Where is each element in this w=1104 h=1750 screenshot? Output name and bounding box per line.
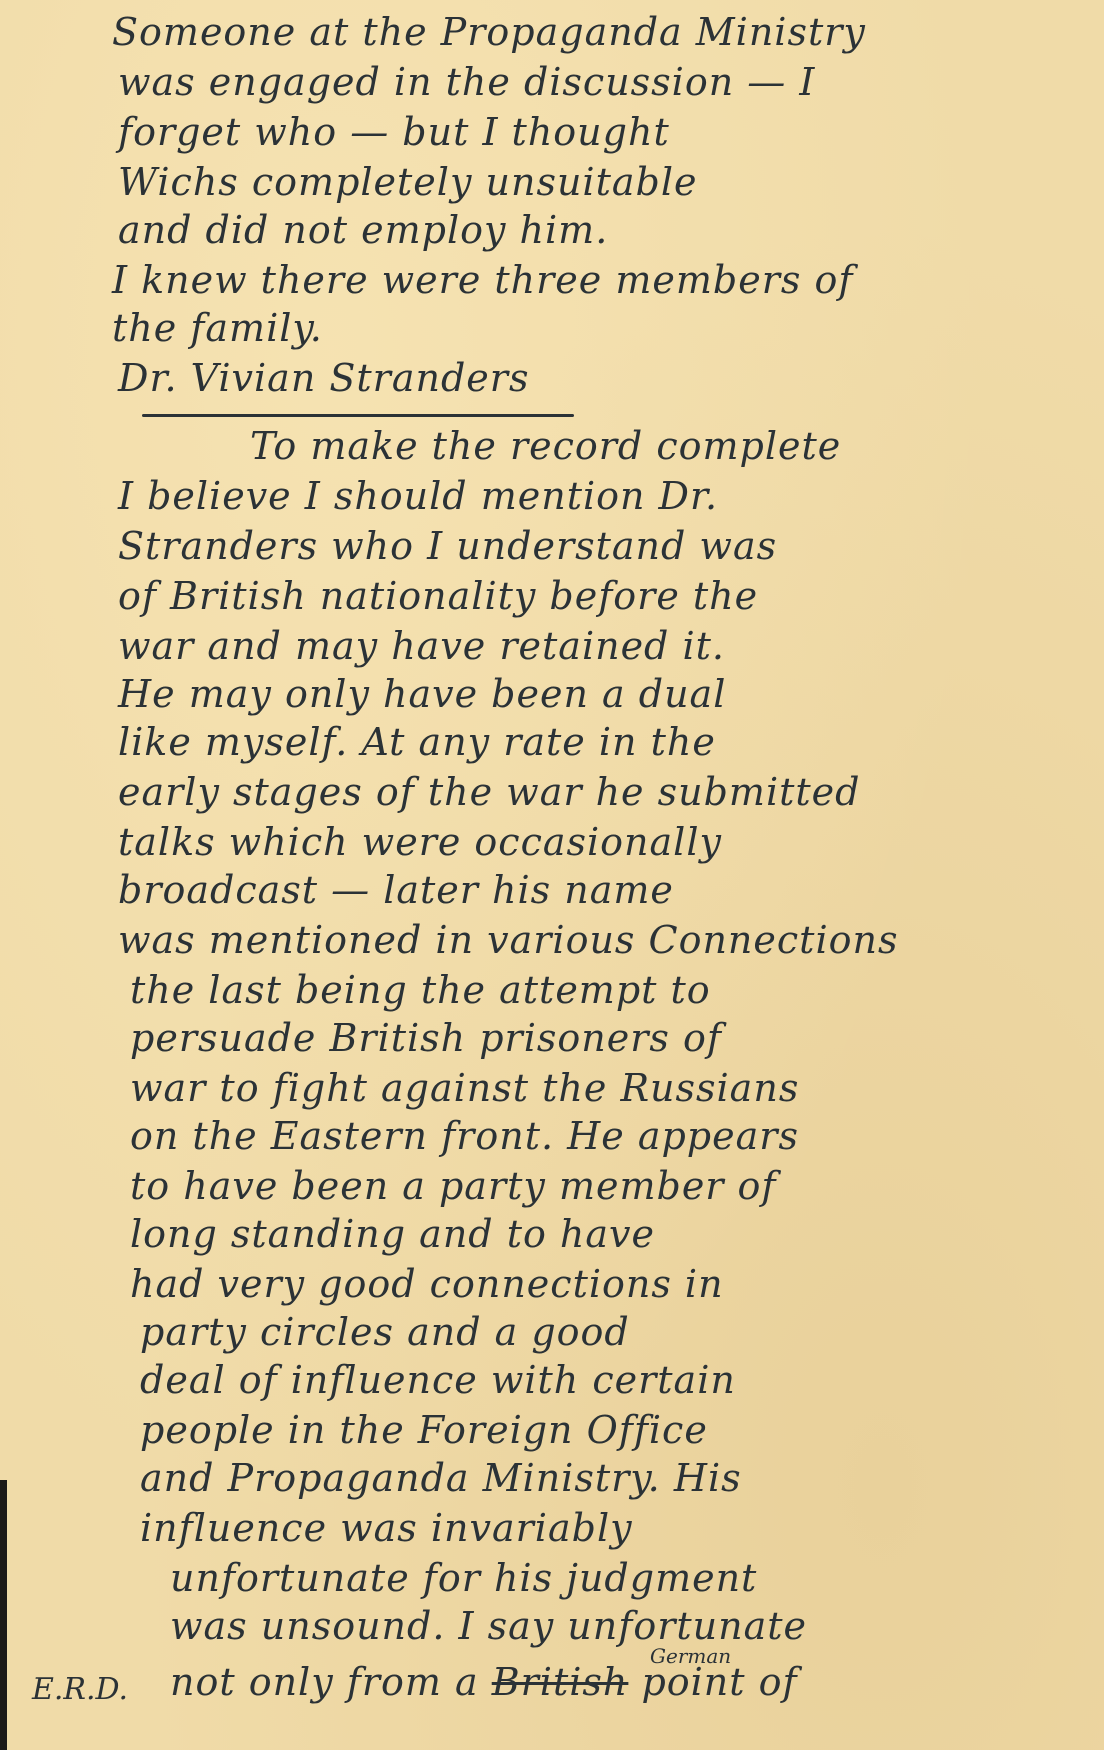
text-line: influence was invariably [140, 1506, 633, 1550]
text-line: like myself. At any rate in the [118, 720, 716, 764]
text-line: Wichs completely unsuitable [118, 160, 697, 204]
text-line: early stages of the war he submitted [118, 770, 860, 814]
text-line: and Propaganda Ministry. His [140, 1456, 742, 1500]
text-line: on the Eastern front. He appears [130, 1114, 799, 1158]
section-heading: Dr. Vivian Stranders [118, 356, 529, 400]
text-line: deal of influence with certain [140, 1358, 736, 1402]
text-line: and did not employ him. [118, 208, 608, 252]
text-line: people in the Foreign Office [140, 1408, 708, 1452]
text-line: the last being the attempt to [130, 968, 711, 1012]
text-line: forget who — but I thought [118, 110, 670, 154]
text-line: was unsound. I say unfortunate [170, 1604, 807, 1648]
text-line: broadcast — later his name [118, 868, 674, 912]
text-line: party circles and a good [140, 1310, 630, 1354]
text-line: the family. [112, 306, 323, 350]
heading-underline [142, 414, 574, 417]
text-line: had very good connections in [130, 1262, 724, 1306]
text-line: persuade British prisoners of [130, 1016, 722, 1060]
text-line: was mentioned in various Connections [118, 918, 898, 962]
struck-word: British [492, 1660, 629, 1704]
text-line: I believe I should mention Dr. [118, 474, 718, 518]
text-line: long standing and to have [130, 1212, 655, 1256]
text-line: I knew there were three members of [112, 258, 853, 302]
text-line: Stranders who I understand was [118, 524, 777, 568]
text-line: war and may have retained it. [118, 624, 725, 668]
text-line: to have been a party member of [130, 1164, 777, 1208]
text-line-last: not only from a British point of [170, 1660, 798, 1704]
page-edge-shadow [0, 1480, 7, 1750]
text-line: Someone at the Propaganda Ministry [112, 10, 866, 54]
text-line: To make the record complete [250, 424, 841, 468]
text-line: unfortunate for his judgment [170, 1556, 757, 1600]
text-line: He may only have been a dual [118, 672, 726, 716]
margin-initials: E.R.D. [32, 1672, 128, 1707]
text-line: talks which were occasionally [118, 820, 722, 864]
manuscript-page: Someone at the Propaganda Ministry was e… [0, 0, 1104, 1750]
last-line-after: point of [628, 1660, 797, 1704]
text-line: war to fight against the Russians [130, 1066, 799, 1110]
text-line: was engaged in the discussion — I [118, 60, 815, 104]
text-line: of British nationality before the [118, 574, 758, 618]
last-line-before: not only from a [170, 1660, 492, 1704]
